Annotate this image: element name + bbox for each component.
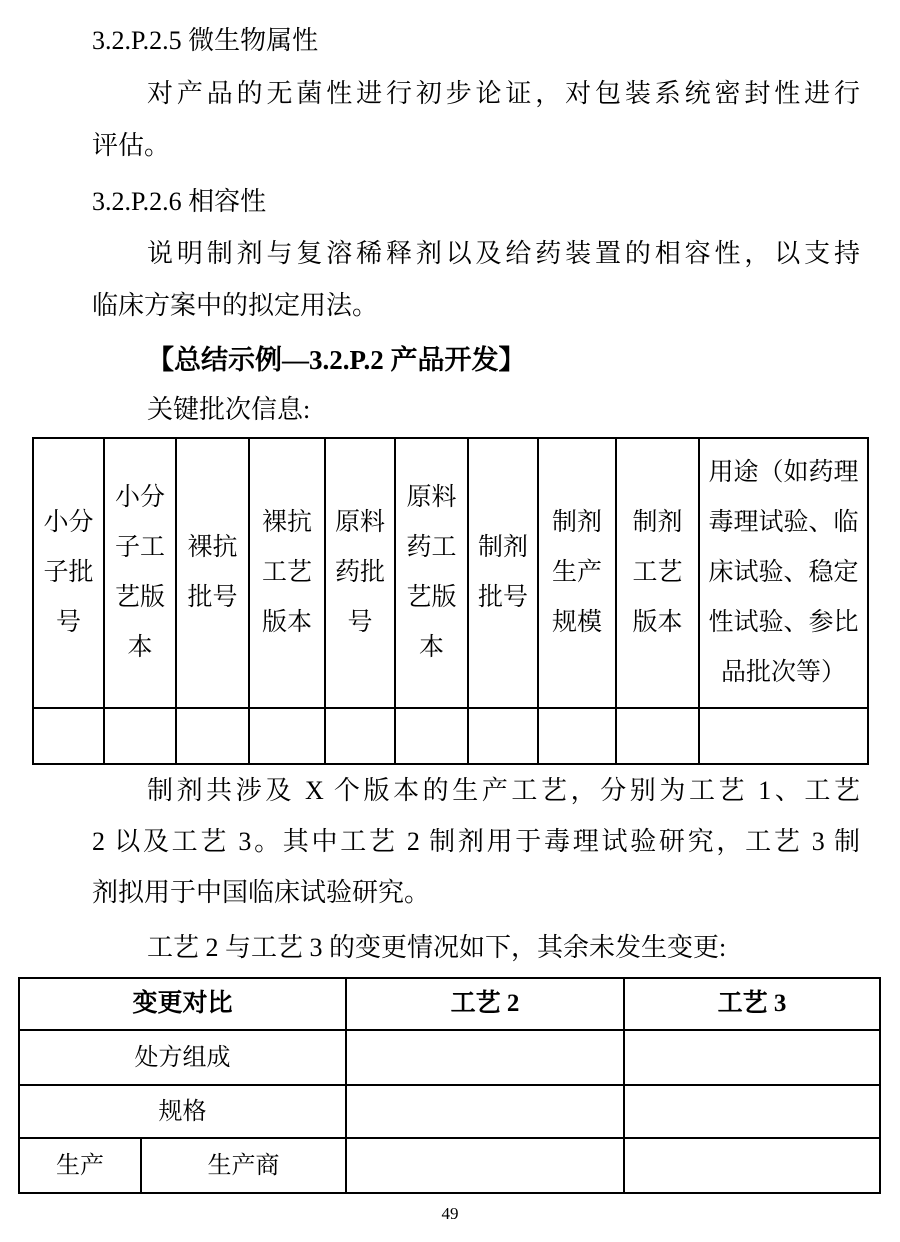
header-small-molecule-batch: 小分 子批 号 [33, 438, 104, 708]
label-formulation-composition: 处方组成 [19, 1030, 346, 1085]
paragraph-compatibility-line-2: 临床方案中的拟定用法。 [92, 280, 860, 332]
header-drug-substance-batch: 原料 药批 号 [325, 438, 395, 708]
paragraph-compatibility-line-1: 说明制剂与复溶稀释剂以及给药装置的相容性，以支持 [92, 228, 860, 280]
header-small-molecule-process-version: 小分 子工 艺版 本 [104, 438, 176, 708]
header-usage: 用途（如药理 毒理试验、临 床试验、稳定 性试验、参比 品批次等） [699, 438, 868, 708]
empty-cell [346, 1085, 624, 1138]
paragraph-sterility-line-1: 对产品的无菌性进行初步论证，对包装系统密封性进行 [92, 68, 860, 120]
empty-cell [346, 1030, 624, 1085]
summary-example-title: 【总结示例—3.2.P.2 产品开发】 [92, 334, 860, 386]
row-specification: 规格 [19, 1085, 880, 1138]
header-drug-product-scale: 制剂 生产 规模 [538, 438, 616, 708]
empty-cell [395, 708, 468, 764]
label-production: 生产 [19, 1138, 141, 1193]
header-change-comparison: 变更对比 [19, 978, 346, 1030]
header-drug-product-process-version: 制剂 工艺 版本 [616, 438, 699, 708]
row-formulation-composition: 处方组成 [19, 1030, 880, 1085]
paragraph-process-versions-line-3: 剂拟用于中国临床试验研究。 [92, 867, 860, 919]
paragraph-change-intro: 工艺 2 与工艺 3 的变更情况如下，其余未发生变更: [92, 922, 860, 974]
label-specification: 规格 [19, 1085, 346, 1138]
empty-cell [33, 708, 104, 764]
section-heading-3-2-p-2-6: 3.2.P.2.6 相容性 [92, 176, 860, 228]
empty-cell [468, 708, 538, 764]
paragraph-process-versions-line-2: 2 以及工艺 3。其中工艺 2 制剂用于毒理试验研究，工艺 3 制 [92, 816, 860, 868]
empty-cell [624, 1030, 880, 1085]
key-batch-info-label: 关键批次信息: [92, 384, 860, 436]
document-page: 3.2.P.2.5 微生物属性 对产品的无菌性进行初步论证，对包装系统密封性进行… [0, 0, 900, 1242]
empty-cell [616, 708, 699, 764]
empty-cell [249, 708, 325, 764]
batch-table-empty-row [33, 708, 868, 764]
row-production-manufacturer: 生产 生产商 [19, 1138, 880, 1193]
empty-cell [624, 1138, 880, 1193]
paragraph-sterility-line-2: 评估。 [92, 120, 860, 172]
header-naked-antibody-process-version: 裸抗 工艺 版本 [249, 438, 325, 708]
empty-cell [346, 1138, 624, 1193]
empty-cell [104, 708, 176, 764]
empty-cell [325, 708, 395, 764]
header-process-3: 工艺 3 [624, 978, 880, 1030]
label-manufacturer: 生产商 [141, 1138, 346, 1193]
header-drug-substance-process-version: 原料 药工 艺版 本 [395, 438, 468, 708]
page-number: 49 [0, 1203, 900, 1225]
empty-cell [624, 1085, 880, 1138]
key-batch-table: 小分 子批 号 小分 子工 艺版 本 裸抗 批号 裸抗 工艺 版本 原料 药批 … [32, 437, 869, 765]
empty-cell [176, 708, 249, 764]
empty-cell [538, 708, 616, 764]
header-drug-product-batch: 制剂 批号 [468, 438, 538, 708]
header-process-2: 工艺 2 [346, 978, 624, 1030]
empty-cell [699, 708, 868, 764]
paragraph-process-versions-line-1: 制剂共涉及 X 个版本的生产工艺，分别为工艺 1、工艺 [92, 765, 860, 817]
header-naked-antibody-batch: 裸抗 批号 [176, 438, 249, 708]
batch-table-header-row: 小分 子批 号 小分 子工 艺版 本 裸抗 批号 裸抗 工艺 版本 原料 药批 … [33, 438, 868, 708]
change-table-header-row: 变更对比 工艺 2 工艺 3 [19, 978, 880, 1030]
change-comparison-table: 变更对比 工艺 2 工艺 3 处方组成 规格 生产 生产商 [18, 977, 881, 1194]
section-heading-3-2-p-2-5: 3.2.P.2.5 微生物属性 [92, 15, 860, 67]
